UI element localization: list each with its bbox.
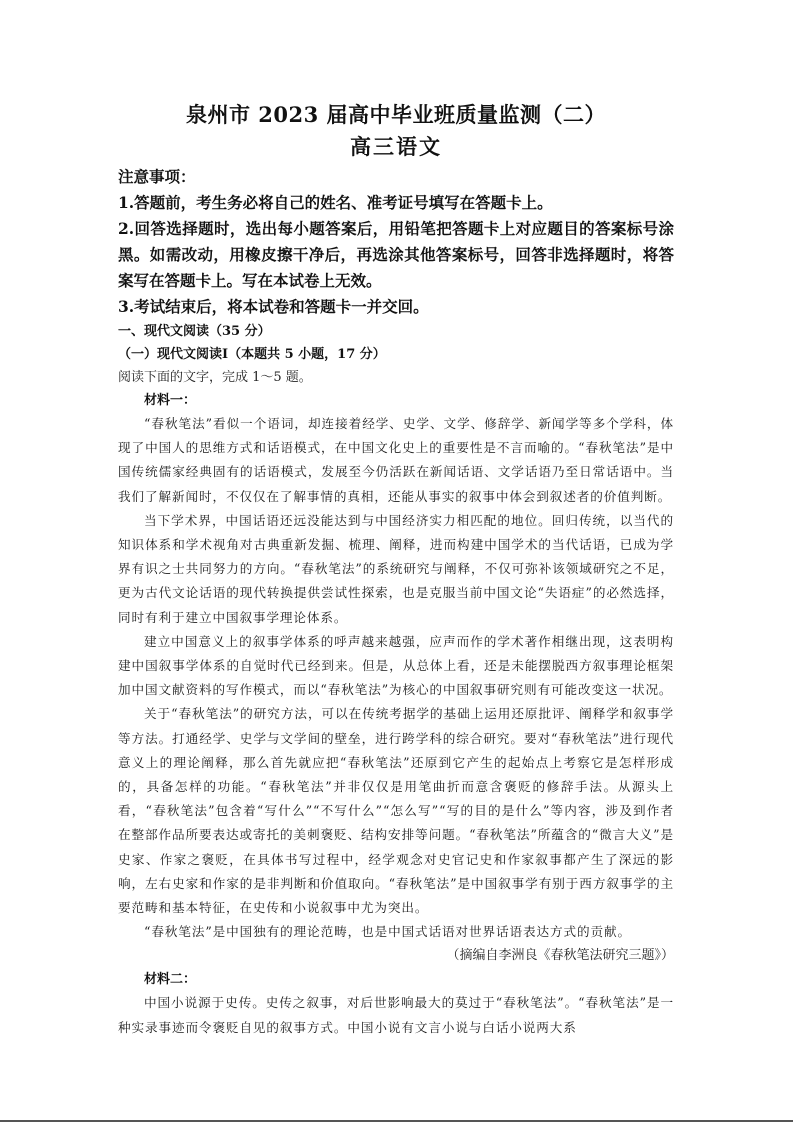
exam-subject: 高三语文 (118, 132, 674, 162)
paragraph: 中国小说源于史传。史传之叙事，对后世影响最大的莫过于“春秋笔法”。“春秋笔法”是… (118, 991, 674, 1039)
notice-item-1: 1.答题前，考生务必将自己的姓名、准考证号填写在答题卡上。 (118, 190, 674, 216)
source-citation: （摘编自李洲良《春秋笔法研究三题》） (118, 944, 674, 968)
paragraph: 当下学术界，中国话语还远没能达到与中国经济实力相匹配的地位。回归传统，以当代的知… (118, 509, 674, 630)
section-title: 一、现代文阅读（35 分） (118, 320, 674, 343)
section-header: 一、现代文阅读（35 分） （一）现代文阅读Ⅰ（本题共 5 小题，17 分） 阅… (118, 320, 674, 389)
notice-heading: 注意事项： (118, 164, 674, 190)
reading-instruction: 阅读下面的文字，完成 1～5 题。 (118, 366, 674, 389)
paragraph: “春秋笔法”是中国独有的理论范畴，也是中国式话语对世界话语表达方式的贡献。 (118, 920, 674, 944)
paragraph: “春秋笔法”看似一个语词，却连接着经学、史学、文学、修辞学、新闻学等多个学科，体… (118, 412, 674, 509)
paragraph: 关于“春秋笔法”的研究方法，可以在传统考据学的基础上运用还原批评、阐释学和叙事学… (118, 702, 674, 920)
material-one: 材料一： “春秋笔法”看似一个语词，却连接着经学、史学、文学、修辞学、新闻学等多… (118, 389, 674, 968)
subsection-title: （一）现代文阅读Ⅰ（本题共 5 小题，17 分） (118, 343, 674, 366)
paragraph: 建立中国意义上的叙事学体系的呼声越来越强，应声而作的学术著作相继出现，这表明构建… (118, 630, 674, 703)
material-one-label: 材料一： (118, 389, 674, 412)
material-two: 材料二： 中国小说源于史传。史传之叙事，对后世影响最大的莫过于“春秋笔法”。“春… (118, 968, 674, 1039)
exam-page: 泉州市 2023 届高中毕业班质量监测（二） 高三语文 注意事项： 1.答题前，… (118, 100, 674, 1040)
notice-item-2: 2.回答选择题时，选出每小题答案后，用铅笔把答题卡上对应题目的答案标号涂黑。如需… (118, 216, 674, 294)
exam-title: 泉州市 2023 届高中毕业班质量监测（二） (118, 100, 674, 130)
notice-block: 注意事项： 1.答题前，考生务必将自己的姓名、准考证号填写在答题卡上。 2.回答… (118, 164, 674, 320)
notice-item-3: 3.考试结束后，将本试卷和答题卡一并交回。 (118, 294, 674, 320)
material-two-label: 材料二： (118, 968, 674, 991)
